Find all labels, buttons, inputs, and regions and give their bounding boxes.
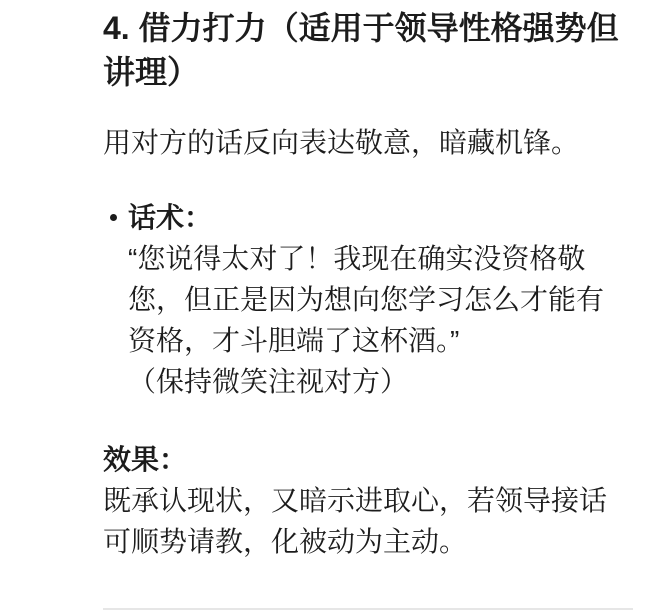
script-note: （保持微笑注视对方） xyxy=(128,361,611,402)
section-heading: 4. 借力打力（适用于领导性格强势但讲理） xyxy=(103,6,633,94)
document-content: 4. 借力打力（适用于领导性格强势但讲理） 用对方的话反向表达敬意，暗藏机锋。 … xyxy=(103,0,633,610)
script-quote: “您说得太对了！我现在确实没资格敬您，但正是因为想向您学习怎么才能有资格，才斗胆… xyxy=(128,238,611,361)
effect-text: 既承认现状，又暗示进取心，若领导接话可顺势请教，化被动为主动。 xyxy=(103,480,633,562)
bullet-list: 话术： “您说得太对了！我现在确实没资格敬您，但正是因为想向您学习怎么才能有资格… xyxy=(103,197,633,402)
effect-label: 效果： xyxy=(103,439,633,480)
bullet-icon xyxy=(110,214,117,221)
section-divider xyxy=(103,608,633,610)
list-item: 话术： “您说得太对了！我现在确实没资格敬您，但正是因为想向您学习怎么才能有资格… xyxy=(103,197,633,402)
intro-paragraph: 用对方的话反向表达敬意，暗藏机锋。 xyxy=(103,122,633,163)
effect-block: 效果： 既承认现状，又暗示进取心，若领导接话可顺势请教，化被动为主动。 xyxy=(103,439,633,562)
script-label: 话术： xyxy=(128,197,611,238)
